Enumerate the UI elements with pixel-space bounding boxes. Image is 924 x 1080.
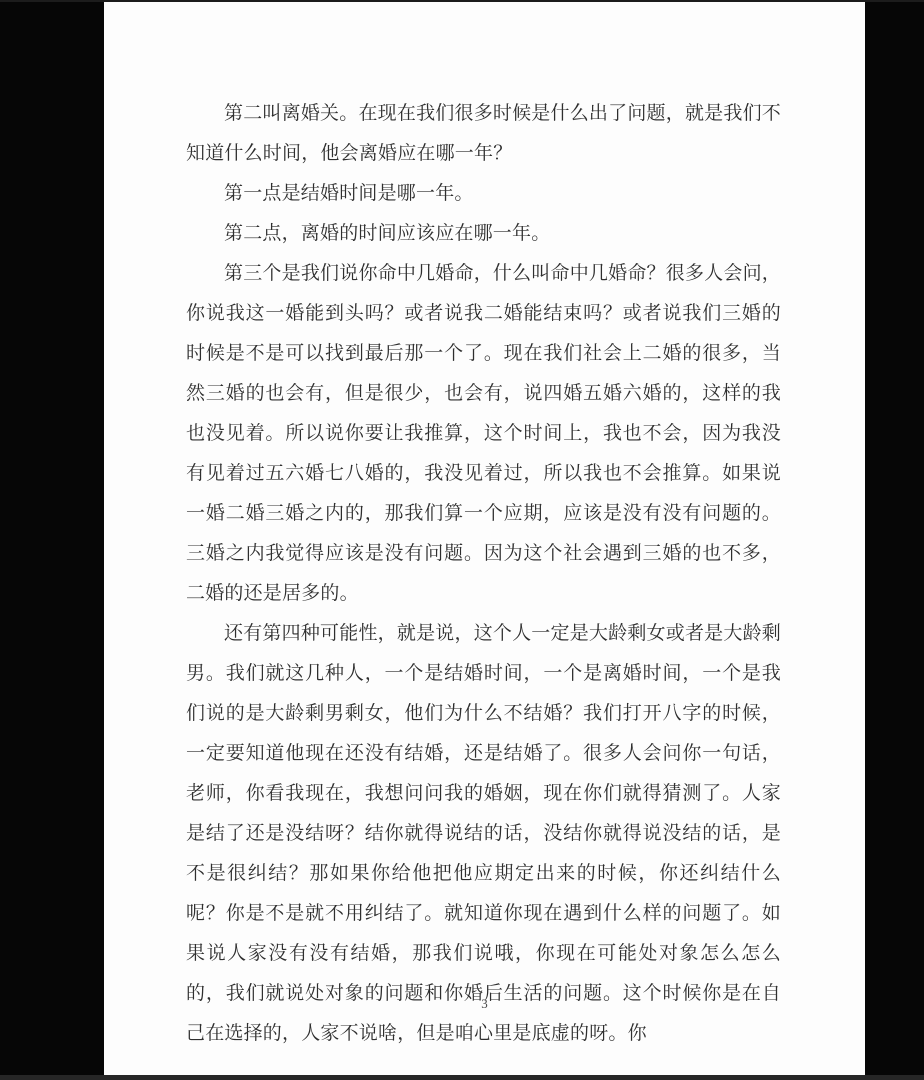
paragraph-4: 第三个是我们说你命中几婚命，什么叫命中几婚命？很多人会问，你说我这一婚能到头吗？… — [186, 254, 781, 614]
document-viewer: { "viewer": { "surround_color": "#060606… — [0, 0, 924, 1080]
viewer-top-border — [0, 0, 924, 2]
document-page: 第二叫离婚关。在现在我们很多时候是什么出了问题，就是我们不知道什么时间，他会离婚… — [104, 2, 865, 1075]
paragraph-1: 第二叫离婚关。在现在我们很多时候是什么出了问题，就是我们不知道什么时间，他会离婚… — [186, 94, 781, 174]
paragraph-3: 第二点，离婚的时间应该应在哪一年。 — [186, 214, 781, 254]
paragraph-5: 还有第四种可能性，就是说，这个人一定是大龄剩女或者是大龄剩男。我们就这几种人，一… — [186, 614, 781, 1054]
page-body-text: 第二叫离婚关。在现在我们很多时候是什么出了问题，就是我们不知道什么时间，他会离婚… — [186, 94, 781, 1054]
viewer-bottom-border — [0, 1075, 924, 1080]
paragraph-2: 第一点是结婚时间是哪一年。 — [186, 174, 781, 214]
page-number: 3 — [104, 996, 865, 1012]
